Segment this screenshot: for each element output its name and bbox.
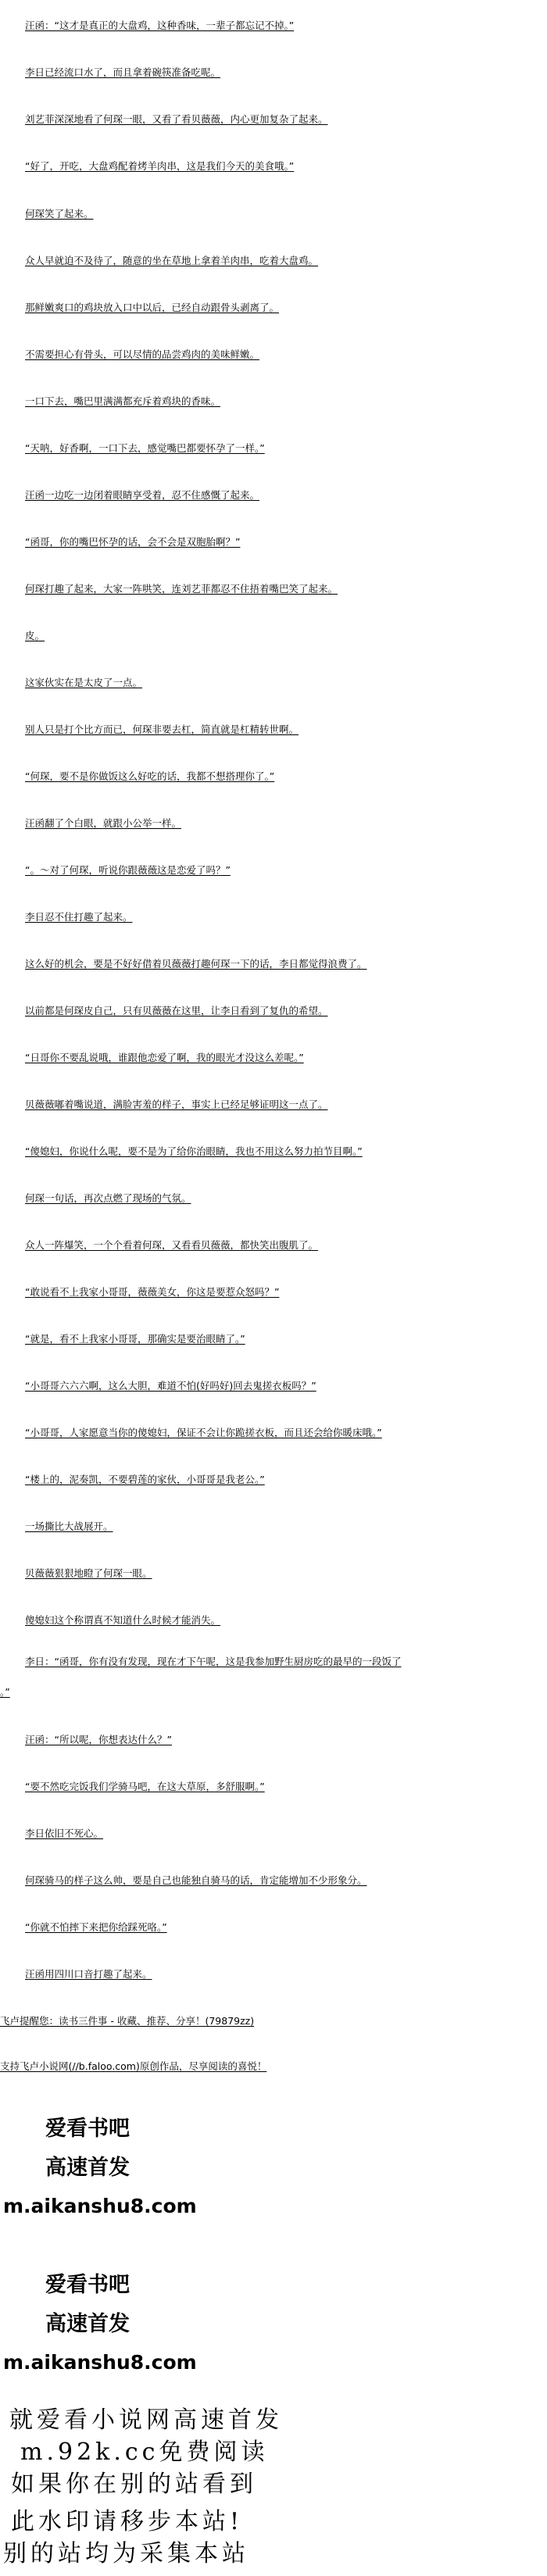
watermark-slogan: 高速首发 [45, 2313, 130, 2336]
paragraph: 这么好的机会，要是不好好借着贝薇薇打趣何琛一下的话，李日都觉得浪费了。 [25, 958, 367, 970]
paragraph: “小哥哥，人家愿意当你的傻媳妇，保证不会让你跪搓衣板，而且还会给你暖床哦。” [25, 1427, 382, 1439]
paragraph: 贝薇薇狠狠地瞪了何琛一眼。 [25, 1567, 152, 1580]
paragraph: 李日忍不住打趣了起来。 [25, 911, 133, 924]
paragraph: 汪函翻了个白眼，就跟小公举一样。 [25, 817, 181, 830]
paragraph: “好了，开吃，大盘鸡配着烤羊肉串，这是我们今天的美食哦。” [25, 160, 294, 173]
paragraph: 刘艺菲深深地看了何琛一眼，又看了看贝薇薇，内心更加复杂了起来。 [25, 113, 328, 126]
paragraph: “天呐，好香啊，一口下去，感觉嘴巴都要怀孕了一样。” [25, 442, 265, 455]
paragraph: 以前都是何琛皮自己，只有贝薇薇在这里，让李日看到了复仇的希望。 [25, 1005, 328, 1017]
watermark-url: m.aikanshu8.com [3, 2195, 197, 2217]
paragraph: 皮。 [25, 630, 45, 642]
paragraph: “你就不怕摔下来把你给踩死咯。” [25, 1921, 167, 1934]
paragraph: “就是，看不上我家小哥哥，那确实是要治眼睛了。” [25, 1333, 245, 1345]
paragraph: 李日：“函哥，你有没有发现，现在才下午呢，这是我参加野生厨房吃的最早的一段饭了 [25, 1656, 401, 1668]
paragraph: 众人早就迫不及待了，随意的坐在草地上拿着羊肉串，吃着大盘鸡。 [25, 255, 318, 267]
paragraph: 傻媳妇这个称谓真不知道什么时候才能消失。 [25, 1614, 220, 1627]
paragraph: “小哥哥六六六啊，这么大胆，难道不怕(好吗好)回去鬼搓衣板吗？” [25, 1380, 316, 1392]
seal-line: 此水印请移步本站! [11, 2509, 243, 2535]
seal-line: 如果你在别的站看到 [11, 2471, 257, 2498]
paragraph: “函哥，你的嘴巴怀孕的话，会不会是双胞胎啊？” [25, 536, 240, 548]
faloo-reminder-note: 飞卢提醒您：读书三件事 - 收藏、推荐、分享！(79879zz) [0, 2015, 254, 2028]
paragraph: 汪函：“这才是真正的大盘鸡，这种香味，一辈子都忘记不掉。” [25, 20, 294, 32]
watermark-url: m.aikanshu8.com [3, 2352, 197, 2374]
watermark-site-name: 爱看书吧 [45, 2117, 130, 2141]
paragraph: 汪函一边吃一边闭着眼睛享受着，忍不住感慨了起来。 [25, 489, 259, 502]
paragraph: “楼上的，泥奏凯，不要碧莲的家伙，小哥哥是我老公。” [25, 1474, 265, 1486]
paragraph: 李日依旧不死心。 [25, 1827, 103, 1840]
paragraph: 汪函用四川口音打趣了起来。 [25, 1968, 152, 1981]
paragraph: 何琛一句话，再次点燃了现场的气氛。 [25, 1192, 191, 1205]
seal-line: m.92k.cc免费阅读 [20, 2439, 268, 2466]
paragraph: 别人只是打个比方而已，何琛非要去杠，简直就是杠精转世啊。 [25, 723, 299, 736]
paragraph: “日哥你不要乱说哦，谁跟他恋爱了啊，我的眼光才没这么差呢。” [25, 1052, 304, 1064]
paragraph: 汪函：“所以呢，你想表达什么？” [25, 1734, 172, 1746]
paragraph: 众人一阵爆笑，一个个看着何琛，又看看贝薇薇，都快笑出腹肌了。 [25, 1239, 318, 1252]
watermark-slogan: 高速首发 [45, 2156, 130, 2180]
paragraph: “傻媳妇，你说什么呢，要不是为了给你治眼睛，我也不用这么努力拍节目啊。” [25, 1145, 363, 1158]
paragraph: 那鲜嫩爽口的鸡块放入口中以后，已经自动跟骨头剥离了。 [25, 302, 279, 314]
paragraph: 何琛笑了起来。 [25, 208, 94, 220]
paragraph: 李日已经流口水了，而且拿着碗筷准备吃呢。 [25, 66, 220, 79]
paragraph: “敢说看不上我家小哥哥，薇薇美女，你这是要惹众怒吗？” [25, 1286, 279, 1299]
paragraph: “。～对了何琛，听说你跟薇薇这是恋爱了吗？” [25, 864, 231, 877]
paragraph: 何琛骑马的样子这么帅，要是自己也能独自骑马的话，肯定能增加不少形象分。 [25, 1874, 367, 1887]
paragraph: 何琛打趣了起来，大家一阵哄笑，连刘艺菲都忍不住捂着嘴巴笑了起来。 [25, 583, 338, 595]
paragraph: 这家伙实在是太皮了一点。 [25, 677, 142, 689]
paragraph: 不需要担心有骨头，可以尽情的品尝鸡肉的美味鲜嫩。 [25, 348, 259, 361]
paragraph: 一口下去，嘴巴里满满都充斥着鸡块的香味。 [25, 395, 220, 408]
paragraph: 贝薇薇嘟着嘴说道，满脸害羞的样子，事实上已经足够证明这一点了。 [25, 1099, 328, 1111]
watermark-site-name: 爱看书吧 [45, 2274, 130, 2297]
seal-line: 就爱看小说网高速首发 [9, 2407, 283, 2434]
seal-line: 别的站均为采集本站 [3, 2541, 249, 2567]
paragraph: 一场撕比大战展开。 [25, 1520, 113, 1533]
paragraph-wrapped-tail: 。” [0, 1686, 10, 1699]
faloo-support-link[interactable]: 支持飞卢小说网(//b.faloo.com)原创作品，尽享阅读的喜悦！ [0, 2060, 266, 2073]
paragraph: “要不然吃完饭我们学骑马吧，在这大草原，多舒服啊。” [25, 1781, 265, 1793]
paragraph: “何琛，要不是你做饭这么好吃的话，我都不想搭理你了。” [25, 770, 274, 783]
